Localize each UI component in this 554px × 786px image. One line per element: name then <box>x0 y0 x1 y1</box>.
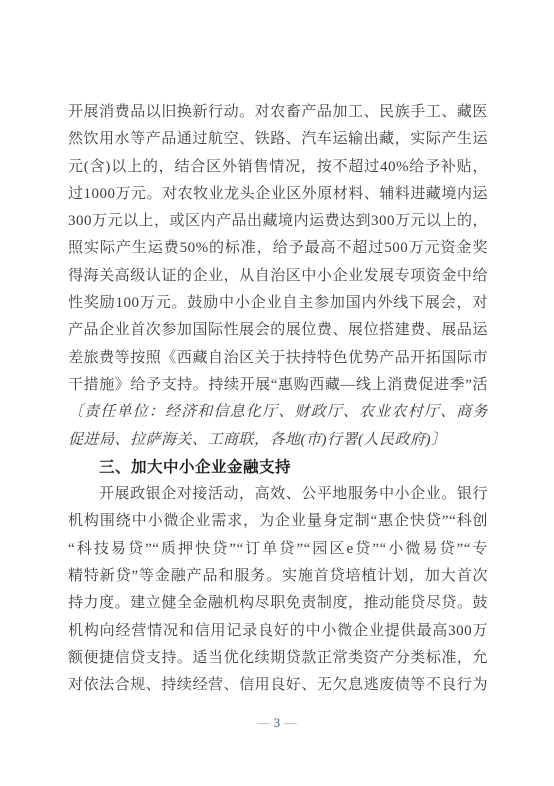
text-line: 额便捷信贷支持。适当优化续期贷款正常类资产分类标准，允许银行 <box>68 645 488 672</box>
text-line: 差旅费等按照《西藏自治区关于扶持特色优势产品开拓国际市场的若 <box>68 345 488 372</box>
text-line: 然饮用水等产品通过航空、铁路、汽车运输出藏，实际产生运费50万 <box>68 126 488 153</box>
page-number-dash-right: — <box>284 716 297 730</box>
text-line: 精特新贷”等金融产品和服务。实施首贷培植计划，加大首次贷款支 <box>68 563 488 590</box>
responsibility-clause-line: 促进局、拉萨海关、工商联，各地(市)行署(人民政府)〕 <box>68 427 488 454</box>
text-line: 照实际产生运费50%的标准，给予最高不超过500万元资金奖补。对获 <box>68 235 488 262</box>
section-heading: 三、加大中小企业金融支持 <box>68 454 488 481</box>
page-number: —3— <box>0 714 554 732</box>
text-line: 开展政银企对接活动，高效、公平地服务中小企业。银行业金融 <box>68 481 488 508</box>
text-line: 干措施》给予支持。持续开展“惠购西藏—线上消费促进季”活动。 <box>68 372 488 399</box>
text-line: 机构围绕中小微企业需求，为企业量身定制“惠企快贷”“科创贷” <box>68 508 488 535</box>
document-body: 开展消费品以旧换新行动。对农畜产品加工、民族手工、藏医药、天 然饮用水等产品通过… <box>68 99 488 700</box>
text-line: 性奖励100万元。鼓励中小企业自主参加国内外线下展会，对特色优势 <box>68 290 488 317</box>
text-line: 开展消费品以旧换新行动。对农畜产品加工、民族手工、藏医药、天 <box>68 99 488 126</box>
text-line: 产品企业首次参加国际性展会的展位费、展位搭建费、展品运输费、 <box>68 317 488 344</box>
responsibility-clause-line: 〔责任单位：经济和信息化厅、财政厅、农业农村厅、商务厅、投资 <box>68 399 488 426</box>
text-line: 元(含)以上的，结合区外销售情况，按不超过40%给予补贴，最高不超 <box>68 154 488 181</box>
text-line: 得海关高级认证的企业，从自治区中小企业发展专项资金中给予一次 <box>68 263 488 290</box>
document-page: 开展消费品以旧换新行动。对农畜产品加工、民族手工、藏医药、天 然饮用水等产品通过… <box>0 0 554 786</box>
text-line: 持力度。建立健全金融机构尽职免责制度，推动能贷尽贷。鼓励金融 <box>68 590 488 617</box>
text-line: 300万元以上，或区内产品出藏境内运费达到300万元以上的，分别按 <box>68 208 488 235</box>
text-line: 过1000万元。对农牧业龙头企业区外原材料、辅料进藏境内运费达到 <box>68 181 488 208</box>
text-line: 机构向经营情况和信用记录良好的中小微企业提供最高300万元的小 <box>68 618 488 645</box>
text-line: 对依法合规、持续经营、信用良好、无欠息逃废债等不良行为的企业 <box>68 672 488 699</box>
text-line: “科技易贷”“质押快贷”“订单贷”“园区e贷”“小微易贷”“专 <box>68 536 488 563</box>
page-number-value: 3 <box>274 716 280 730</box>
page-number-dash-left: — <box>257 716 270 730</box>
